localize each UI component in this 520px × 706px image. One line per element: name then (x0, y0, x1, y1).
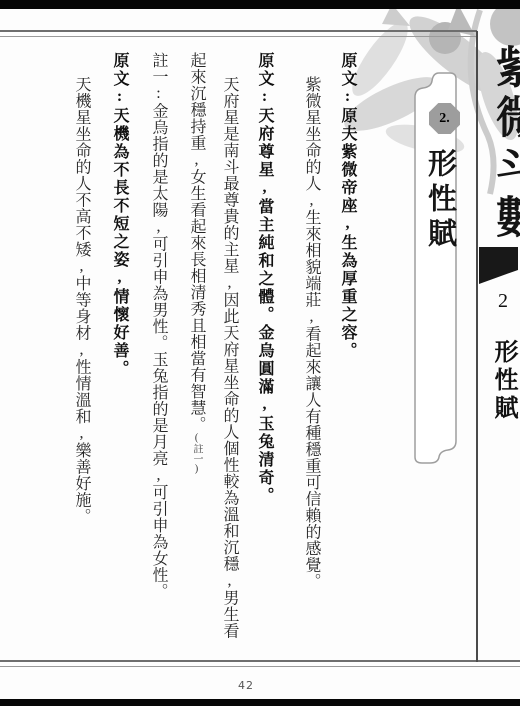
text-column-commentary-1: 紫微星坐命的人,生來相貌端莊,看起來讓人有種穩重可信賴的感覺。 (302, 76, 321, 662)
sidebar-divider-line (476, 31, 478, 662)
book-title-calligraphy: 紫微斗數 (481, 44, 520, 244)
text-column-commentary-2a: 天府星是南斗最尊貴的主星,因此天府星坐命的人個性較為溫和沉穩,男生看 (220, 76, 239, 662)
sidebar-chapter-number: 2 (492, 290, 514, 322)
text-column-original-1: 原文:原夫紫微帝座,生為厚重之容。 (338, 52, 357, 662)
text-column-commentary-3: 天機星坐命的人不高不矮,中等身材,性情溫和,樂善好施。 (72, 76, 91, 662)
top-edge-bar (0, 0, 520, 9)
sidebar-wedge-ornament (479, 247, 518, 284)
footnote-reference: (註一) (191, 433, 202, 475)
text-column-commentary-2b: 起來沉穩持重,女生看起來長相清秀且相當有智慧。(註一) (187, 52, 206, 662)
text-column-footnote: 註一:金烏指的是太陽,可引申為男性。玉兔指的是月亮,可引申為女性。 (149, 52, 168, 662)
text-column-original-3: 原文:天機為不長不短之姿,情懷好善。 (110, 52, 129, 662)
page-number: 42 (0, 679, 492, 692)
sidebar-chapter-title: 形性賦 (490, 339, 516, 423)
text-column-original-2: 原文:天府尊星,當主純和之體。金烏圓滿,玉兔清奇。 (255, 52, 274, 662)
commentary-text: 起來沉穩持重,女生看起來長相清秀且相當有智慧。 (188, 52, 205, 433)
bottom-edge-bar (0, 699, 520, 706)
header-rule (0, 30, 477, 37)
section-title: 形性賦 (420, 148, 461, 253)
sidebar-chapter-tab: 2 形性賦 (486, 290, 520, 423)
